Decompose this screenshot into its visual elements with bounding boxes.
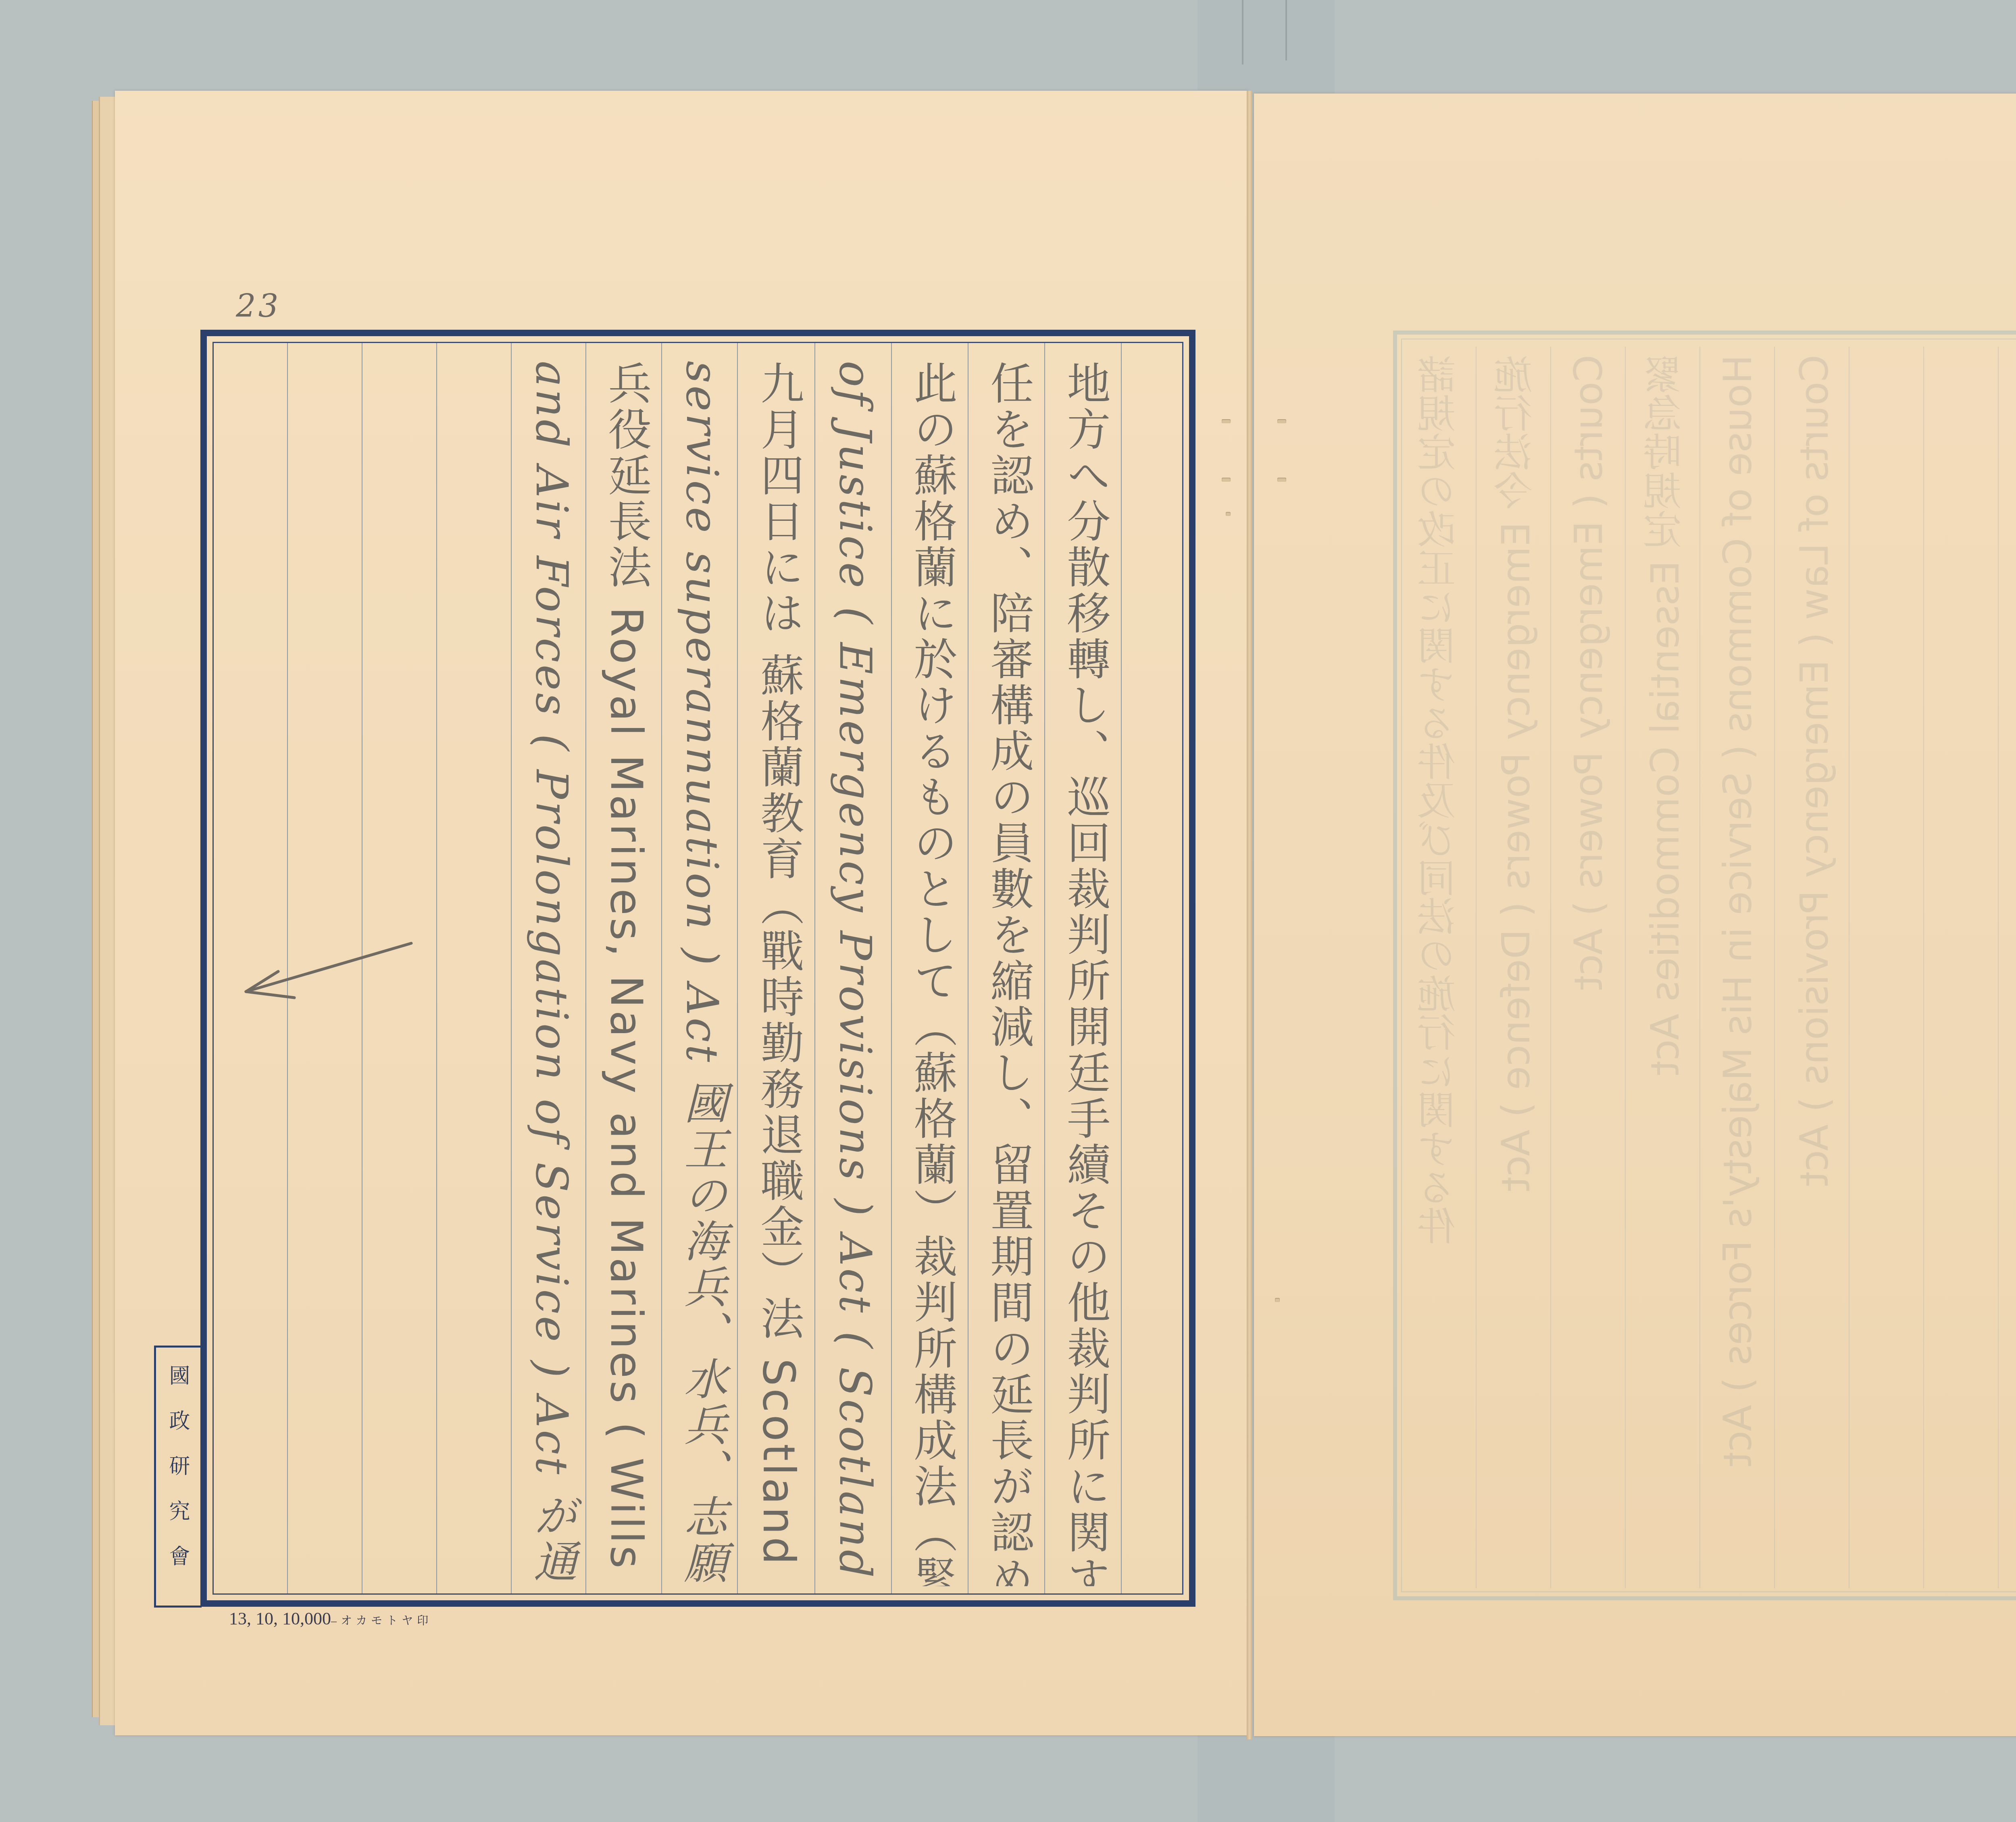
ghost-ruled-line xyxy=(1476,347,1477,1588)
ghost-ruled-line xyxy=(1923,347,1924,1588)
ghost-ruled-line xyxy=(1774,347,1775,1588)
manuscript-column-6: service superannuation ) Act 國王の海兵、水兵、志願… xyxy=(667,353,736,1586)
bleed-through-text: 施行法令 Emergency Powers ( Defence ) Act xyxy=(1484,355,1548,1580)
ghost-ruled-line xyxy=(1849,347,1849,1588)
ruled-line xyxy=(737,343,738,1593)
ghost-ruled-line xyxy=(1550,347,1551,1588)
print-run-footer: 13, 10, 10,000–オカモトヤ印 xyxy=(229,1608,432,1629)
manuscript-column-1: 地方へ分散移轉し、巡回裁判所開廷手續その他裁判所に関する諸規定を改正し、大法官の… xyxy=(1050,353,1119,1586)
printer-mark: –オカモトヤ印 xyxy=(331,1615,432,1627)
ruled-line xyxy=(511,343,512,1593)
pencil-arrow-icon xyxy=(234,927,427,1008)
manuscript-column-4: of Justice ( Emergency Provisions ) Act … xyxy=(821,353,889,1586)
ruled-line xyxy=(1121,343,1122,1593)
manuscript-column-2: 任を認め、陪審構成の員數を縮減し、留置期間の延長が認められた xyxy=(974,353,1042,1586)
bleed-through-text: 緊急時規定 Essential Commodities Act xyxy=(1633,355,1697,1580)
backdrop-seam xyxy=(1285,0,1287,60)
ruled-line xyxy=(1044,343,1045,1593)
bleed-through-text: 諸規定の改正に関する件及び同法の施行に関する件 xyxy=(1407,355,1472,1580)
ghost-ruled-line xyxy=(1998,347,1999,1588)
bleed-through-text: House of Commons ( Service in His Majest… xyxy=(1706,355,1770,1580)
manuscript-column-7: 兵役延長法 Royal Marines, Navy and Marines ( … xyxy=(591,353,660,1586)
ruled-line xyxy=(814,343,815,1593)
ruled-line xyxy=(968,343,968,1593)
manuscript-column-3: 此の蘇格蘭に於けるものとして（蘇格蘭）裁判所構成法（緊急時規定） Adminis… xyxy=(897,353,966,1586)
staple-hole xyxy=(1277,419,1286,423)
manuscript-column-5: 九月四日には 蘇格蘭教育（戰時勤務退職金）法 Scotland Educatio… xyxy=(744,353,812,1586)
ruled-line xyxy=(891,343,892,1593)
ruled-line xyxy=(436,343,437,1593)
ruled-line xyxy=(661,343,662,1593)
ghost-ruled-line xyxy=(1699,347,1700,1588)
publisher-label: 國政研究會 xyxy=(161,1364,194,1590)
ruled-line xyxy=(585,343,586,1593)
staple-hole xyxy=(1275,1298,1280,1302)
book-gutter xyxy=(1247,91,1252,1739)
staple-hole xyxy=(1222,419,1231,423)
staple-hole xyxy=(1222,478,1231,482)
manuscript-column-8: and Air Forces ( Prolongation of Service… xyxy=(517,353,585,1586)
bleed-through-text: Courts ( Emergency Powers ) Act xyxy=(1556,355,1621,1580)
page-number: 23 xyxy=(236,288,281,324)
staple-hole xyxy=(1226,512,1231,516)
manuscript-column-9 xyxy=(442,353,511,1586)
staple-hole xyxy=(1277,478,1286,482)
backdrop-seam xyxy=(1242,0,1243,64)
bleed-through-text: Courts of Law ( Emergency Provisions ) A… xyxy=(1782,355,1847,1580)
print-run-numbers: 13, 10, 10,000 xyxy=(229,1609,331,1629)
ghost-ruled-line xyxy=(1625,347,1626,1588)
